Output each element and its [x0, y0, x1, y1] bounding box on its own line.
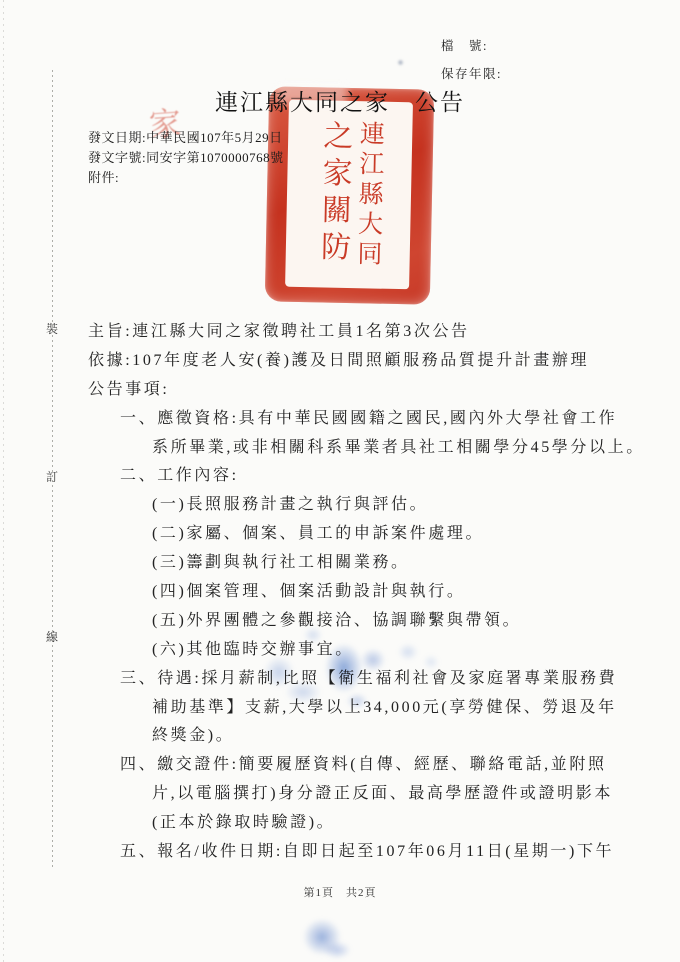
body-line: 系所畢業,或非相關科系畢業者具社工相關學分45學分以上。 — [0, 434, 680, 463]
announcement-page: 檔 號: 保存年限: 連江縣大同 之家關防 家 連江縣大同之家 公告 發文日期:… — [0, 0, 680, 962]
body-line: (四)個案管理、個案活動設計與執行。 — [0, 578, 680, 607]
ink-smudge — [300, 624, 326, 646]
binding-mark-ding: 訂 — [46, 468, 58, 485]
body-line: 片,以電腦撰打)身分證正反面、最高學歷證件或證明影本 — [0, 780, 680, 809]
body-line: (一)長照服務計畫之執行與評估。 — [0, 491, 680, 520]
basis-line: 依據:107年度老人安(養)護及日間照顧服務品質提升計畫辦理 — [0, 347, 680, 376]
page-number: 第1頁 共2頁 — [0, 884, 680, 900]
seal-column-right: 連江縣大同 — [351, 120, 386, 271]
attachment-label: 附件: — [88, 168, 284, 188]
body-line: 五、報名/收件日期:自即日起至107年06月11日(星期一)下午 — [0, 838, 680, 867]
ink-smudge — [342, 690, 372, 712]
page-title: 連江縣大同之家 公告 — [0, 84, 680, 117]
ink-smudge — [394, 640, 422, 664]
subject-line: 主旨:連江縣大同之家徵聘社工員1名第3次公告 — [0, 318, 680, 347]
body-line: (三)籌劃與執行社工相關業務。 — [0, 549, 680, 578]
official-seal-stamp: 連江縣大同 之家關防 — [265, 86, 434, 304]
file-number-label: 檔 號: — [441, 32, 502, 60]
archival-header: 檔 號: 保存年限: — [441, 32, 502, 88]
seal-script-text: 連江縣大同 之家關防 — [312, 119, 386, 270]
ink-smudge — [420, 652, 442, 672]
ink-smudge — [318, 938, 356, 962]
ink-smudge — [278, 676, 328, 708]
body-line: (二)家屬、個案、員工的申訴案件處理。 — [0, 520, 680, 549]
body-line: (正本於錄取時驗證)。 — [0, 809, 680, 838]
body-line: (五)外界團體之參觀接洽、協調聯繫與帶領。 — [0, 607, 680, 636]
body-line: 終獎金)。 — [0, 722, 680, 751]
issue-date: 發文日期:中華民國107年5月29日 — [88, 128, 284, 148]
document-number: 發文字號:同安字第1070000768號 — [88, 148, 284, 168]
announcement-body: 主旨:連江縣大同之家徵聘社工員1名第3次公告 依據:107年度老人安(養)護及日… — [0, 318, 680, 867]
seal-column-left: 之家關防 — [312, 119, 354, 270]
ink-speck — [396, 58, 405, 67]
seal-inner-area: 連江縣大同 之家關防 — [285, 100, 413, 290]
body-line: 四、繳交證件:簡要履歷資料(自傳、經歷、聯絡電話,並附照 — [0, 751, 680, 780]
body-line: 一、應徵資格:具有中華民國國籍之國民,國內外大學社會工作 — [0, 405, 680, 434]
items-heading: 公告事項: — [0, 376, 680, 405]
binding-mark-xian: 線 — [46, 628, 58, 645]
ink-smudge — [356, 644, 390, 676]
binding-mark-zhuang: 裝 — [46, 320, 58, 337]
body-line: 二、工作內容: — [0, 462, 680, 491]
issue-meta-block: 發文日期:中華民國107年5月29日 發文字號:同安字第1070000768號 … — [88, 128, 284, 188]
